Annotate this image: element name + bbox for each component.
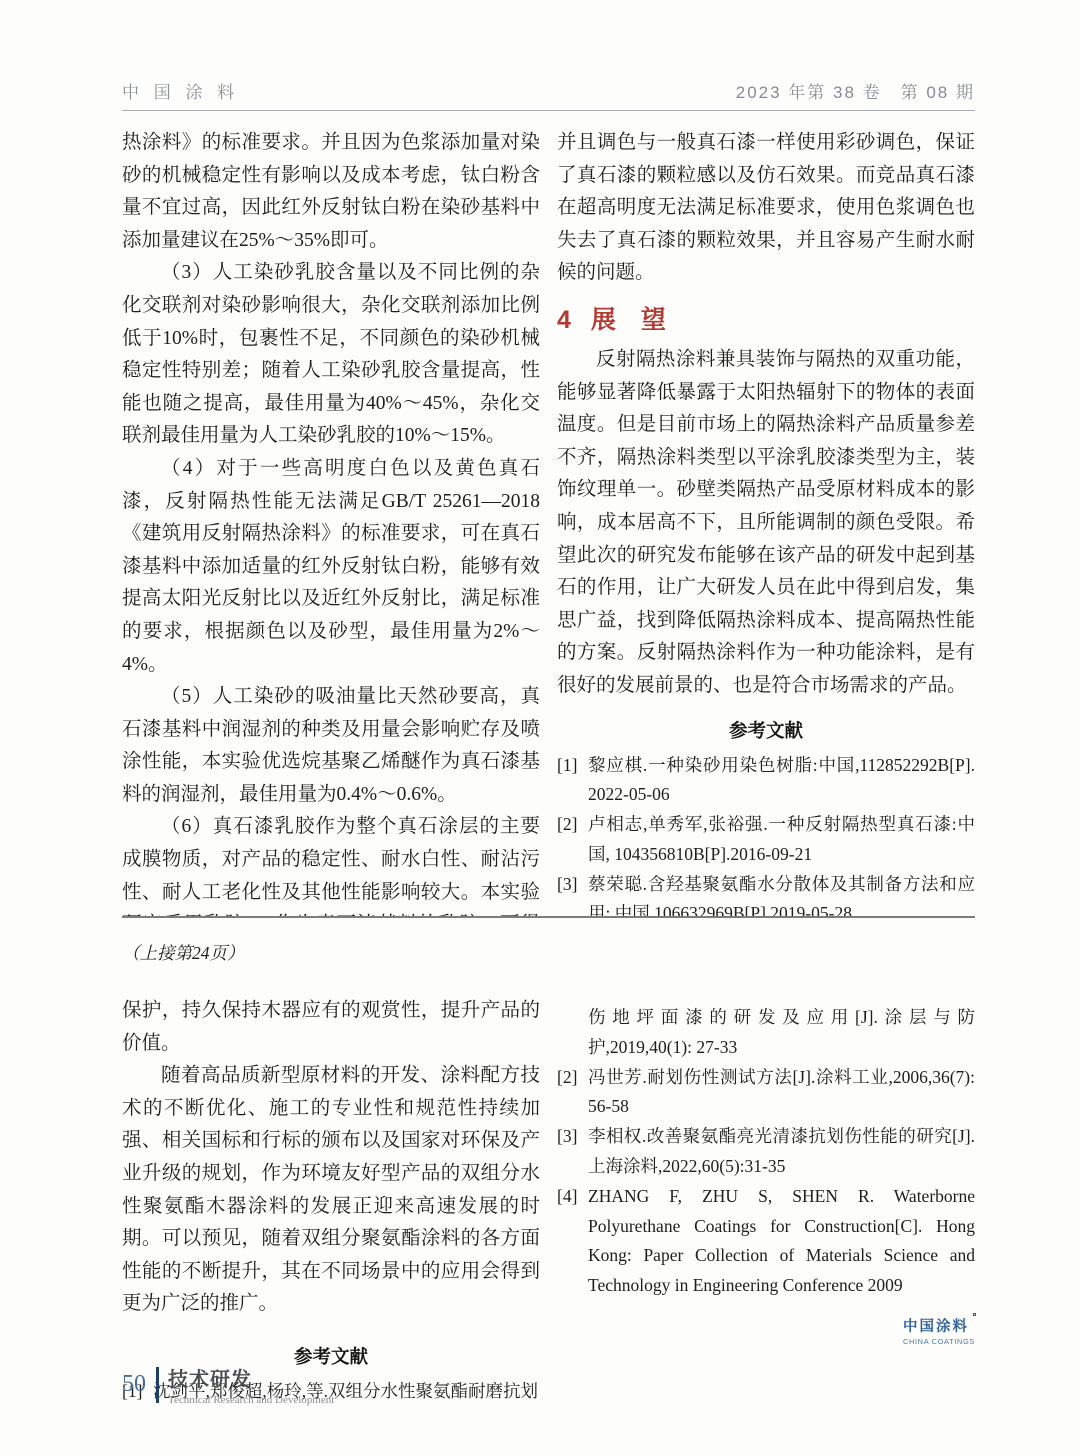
references-title: 参考文献 — [557, 717, 975, 743]
article1: 热涂料》的标准要求。并且因为色浆添加量对染砂的机械稳定性有影响以及成本考虑，钛白… — [122, 127, 975, 916]
logo-cn-text: 中国涂料 — [903, 1315, 969, 1336]
reference-item: [2]卢相志,单秀军,张裕强.一种反射隔热型真石漆:中国, 104356810B… — [557, 810, 975, 870]
reference-item: [1]黎应棋.一种染砂用染色树脂:中国,112852292B[P]. 2022-… — [557, 751, 975, 811]
paragraph: 反射隔热涂料兼具装饰与隔热的双重功能，能够显著降低暴露于太阳热辐射下的物体的表面… — [557, 344, 975, 703]
section-heading: 4展 望 — [557, 300, 975, 336]
reference-label: [3] — [557, 1122, 577, 1152]
reference-item: [2]冯世芳.耐划伤性测试方法[J].涂料工业,2006,36(7): 56-5… — [557, 1063, 975, 1123]
reference-text: 冯世芳.耐划伤性测试方法[J].涂料工业,2006,36(7): 56-58 — [588, 1067, 975, 1117]
article1-left-column: 热涂料》的标准要求。并且因为色浆添加量对染砂的机械稳定性有影响以及成本考虑，钛白… — [122, 127, 540, 916]
reference-item: 伤地坪面漆的研发及应用[J].涂层与防护,2019,40(1): 27-33 — [557, 1003, 975, 1063]
journal-name: 中 国 涂 料 — [122, 78, 239, 103]
reference-label: [3] — [557, 870, 577, 900]
logo-en-text: CHINA COATINGS — [903, 1337, 975, 1346]
issue-info: 2023 年第 38 卷 第 08 期 — [736, 78, 975, 103]
paragraph: 随着高品质新型原材料的开发、涂料配方技术的不断优化、施工的专业性和规范性持续加强… — [122, 1060, 540, 1321]
references-list: [1]黎应棋.一种染砂用染色树脂:中国,112852292B[P]. 2022-… — [557, 751, 975, 917]
page-header: 中 国 涂 料 2023 年第 38 卷 第 08 期 — [122, 78, 975, 111]
reference-label: [2] — [557, 810, 577, 840]
reference-text: 黎应棋.一种染砂用染色树脂:中国,112852292B[P]. 2022-05-… — [588, 755, 975, 805]
paragraph: （5）人工染砂的吸油量比天然砂要高，真石漆基料中润湿剂的种类及用量会影响贮存及喷… — [122, 681, 540, 811]
reference-label: [2] — [557, 1063, 577, 1093]
china-coatings-logo: 中国涂料 CHINA COATINGS — [903, 1315, 975, 1346]
article2-left-column: 保护，持久保持木器应有的观赏性，提升产品的价值。 随着高品质新型原材料的开发、涂… — [122, 995, 540, 1407]
reference-text: ZHANG F, ZHU S, SHEN R. Waterborne Polyu… — [588, 1186, 975, 1295]
paragraph: 并且调色与一般真石漆一样使用彩砂调色，保证了真石漆的颗粒感以及仿石效果。而竞品真… — [557, 127, 975, 290]
reference-text: 伤地坪面漆的研发及应用[J].涂层与防护,2019,40(1): 27-33 — [588, 1007, 975, 1057]
page-number: 50 — [122, 1371, 146, 1398]
footer-section-cn: 技术研发 — [168, 1363, 334, 1392]
paragraph: （6）真石漆乳胶作为整个真石涂层的主要成膜物质，对产品的稳定性、耐水白性、耐沾污… — [122, 811, 540, 916]
footer-divider — [156, 1367, 159, 1403]
article1-right-column: 并且调色与一般真石漆一样使用彩砂调色，保证了真石漆的颗粒感以及仿石效果。而竞品真… — [557, 127, 975, 916]
continued-note: （上接第24页） — [122, 940, 975, 965]
section-divider — [122, 916, 975, 918]
section-title: 展 望 — [591, 306, 666, 334]
reference-label: [4] — [557, 1182, 577, 1212]
reference-text: 卢相志,单秀军,张裕强.一种反射隔热型真石漆:中国, 104356810B[P]… — [588, 814, 975, 864]
article2-right-column: 伤地坪面漆的研发及应用[J].涂层与防护,2019,40(1): 27-33 [… — [557, 995, 975, 1407]
paragraph: （3）人工染砂乳胶含量以及不同比例的杂化交联剂对染砂影响很大，杂化交联剂添加比例… — [122, 257, 540, 453]
article2: 保护，持久保持木器应有的观赏性，提升产品的价值。 随着高品质新型原材料的开发、涂… — [122, 995, 975, 1407]
footer-section-en: Technical Research and Development — [168, 1394, 334, 1406]
trademark-icon — [973, 1313, 976, 1316]
paragraph: 热涂料》的标准要求。并且因为色浆添加量对染砂的机械稳定性有影响以及成本考虑，钛白… — [122, 127, 540, 257]
reference-item: [3]李相权.改善聚氨酯亮光清漆抗划伤性能的研究[J].上海涂料,2022,60… — [557, 1122, 975, 1182]
reference-text: 蔡荣聪.含羟基聚氨酯水分散体及其制备方法和应用: 中国,106632969B[P… — [588, 874, 975, 916]
reference-item: [3]蔡荣聪.含羟基聚氨酯水分散体及其制备方法和应用: 中国,106632969… — [557, 870, 975, 916]
paragraph: 保护，持久保持木器应有的观赏性，提升产品的价值。 — [122, 995, 540, 1060]
reference-text: 李相权.改善聚氨酯亮光清漆抗划伤性能的研究[J].上海涂料,2022,60(5)… — [588, 1126, 975, 1176]
journal-page: 中 国 涂 料 2023 年第 38 卷 第 08 期 热涂料》的标准要求。并且… — [0, 0, 1080, 1455]
reference-label: [1] — [557, 751, 577, 781]
reference-item: [4]ZHANG F, ZHU S, SHEN R. Waterborne Po… — [557, 1182, 975, 1301]
section-number: 4 — [557, 306, 571, 334]
paragraph: （4）对于一些高明度白色以及黄色真石漆，反射隔热性能无法满足GB/T 25261… — [122, 453, 540, 681]
page-footer: 50 技术研发 Technical Research and Developme… — [122, 1363, 334, 1406]
